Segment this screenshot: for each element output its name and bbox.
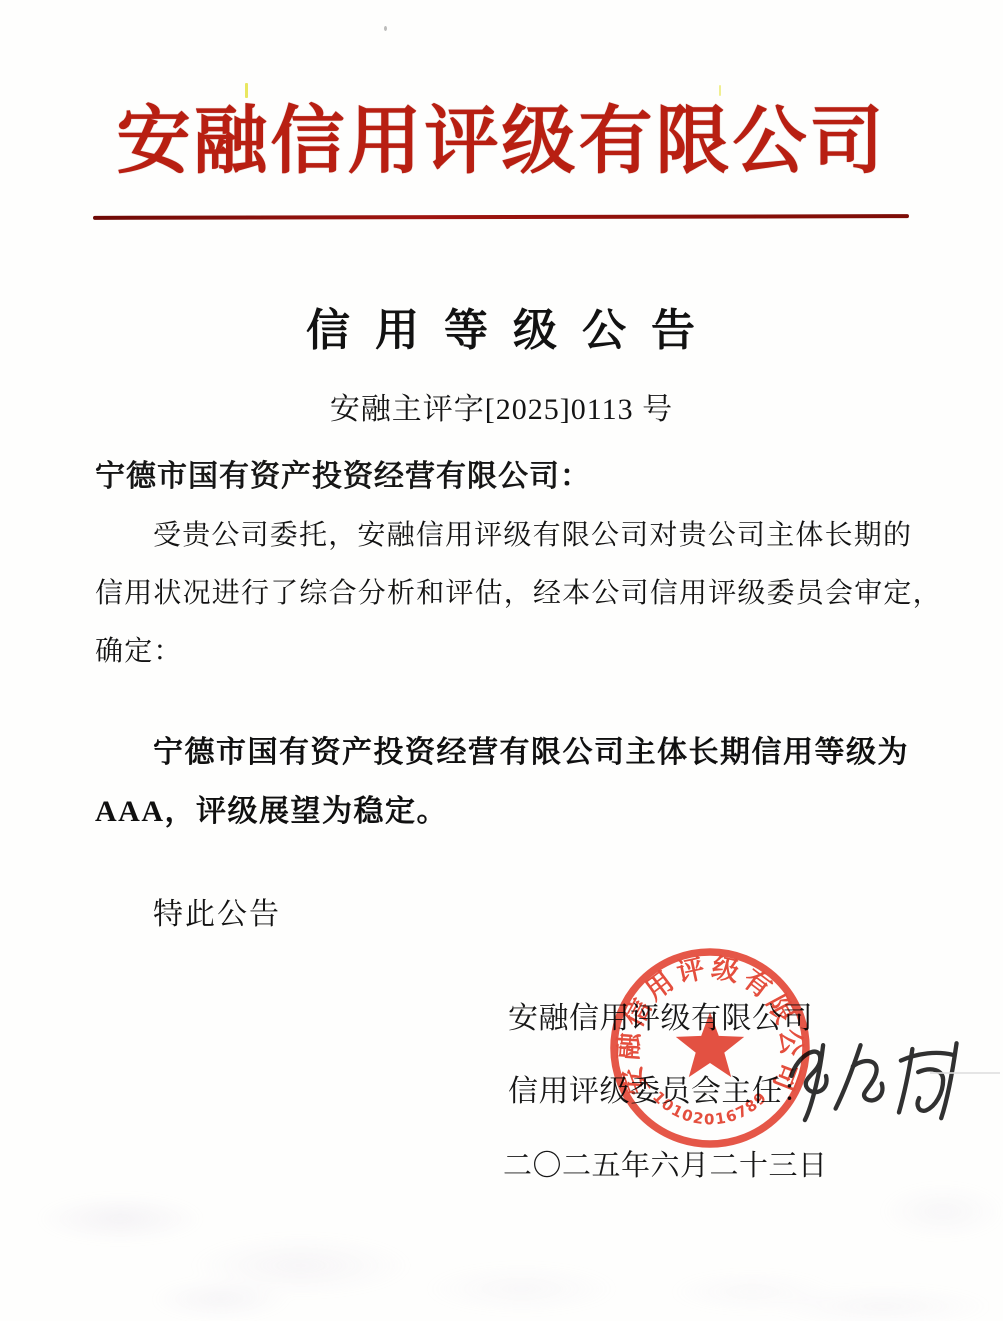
document-page: 安融信用评级有限公司 信 用 等 级 公 告 安融主评字[2025]0113 号… — [0, 0, 1003, 1321]
body-paragraph-line: 受贵公司委托，安融信用评级有限公司对贵公司主体长期的 — [95, 513, 912, 553]
rating-statement-line: 宁德市国有资产投资经营有限公司主体长期信用等级为 — [95, 727, 909, 771]
letterhead-divider-rule — [93, 214, 909, 220]
document-number: 安融主评字[2025]0113 号 — [0, 384, 1003, 428]
scan-artifact-gray-line — [930, 1072, 1000, 1074]
body-paragraph-line: 确定： — [95, 629, 183, 669]
signature-company-name: 安融信用评级有限公司 — [508, 993, 813, 1037]
scan-bleedthrough-texture — [0, 1175, 1003, 1321]
closing-phrase: 特此公告 — [153, 889, 281, 933]
seal-outer-ring — [614, 952, 806, 1144]
scan-artifact-speck — [384, 26, 387, 31]
signature-role-line: 信用评级委员会主任： — [508, 1066, 813, 1110]
company-seal-stamp: 安融信用评级有限公司 1101020167899 — [600, 938, 820, 1158]
signature-date: 二〇二五年六月二十三日 — [503, 1143, 828, 1184]
addressee-line: 宁德市国有资产投资经营有限公司： — [95, 451, 591, 495]
announcement-title: 信 用 等 级 公 告 — [0, 294, 1003, 358]
letterhead-company-name: 安融信用评级有限公司 — [0, 104, 1003, 182]
rating-statement-line: AAA，评级展望为稳定。 — [95, 786, 448, 830]
body-paragraph-line: 信用状况进行了综合分析和评估，经本公司信用评级委员会审定， — [95, 571, 942, 611]
scan-artifact-yellow-dash — [719, 85, 721, 96]
scan-artifact-yellow-dash — [245, 83, 248, 98]
